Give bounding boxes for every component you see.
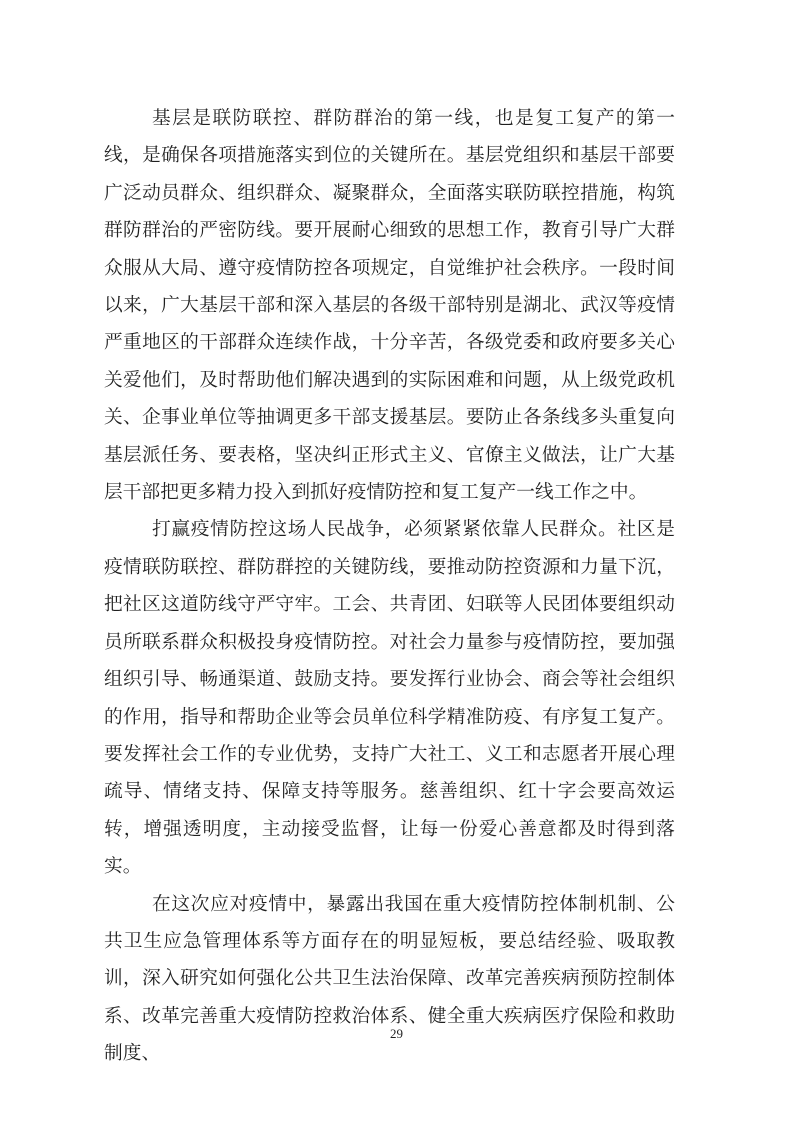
body-paragraph-3: 在这次应对疫情中，暴露出我国在重大疫情防控体制机制、公共卫生应急管理体系等方面存… xyxy=(104,886,675,1073)
body-paragraph-2: 打赢疫情防控这场人民战争，必须紧紧依靠人民群众。社区是疫情联防联控、群防群控的关… xyxy=(104,511,675,885)
page-number: 29 xyxy=(0,1026,793,1041)
document-page: 基层是联防联控、群防群治的第一线，也是复工复产的第一线，是确保各项措施落实到位的… xyxy=(0,0,793,1122)
body-paragraph-1: 基层是联防联控、群防群治的第一线，也是复工复产的第一线，是确保各项措施落实到位的… xyxy=(104,100,675,511)
page-body: 基层是联防联控、群防群治的第一线，也是复工复产的第一线，是确保各项措施落实到位的… xyxy=(104,100,675,1073)
